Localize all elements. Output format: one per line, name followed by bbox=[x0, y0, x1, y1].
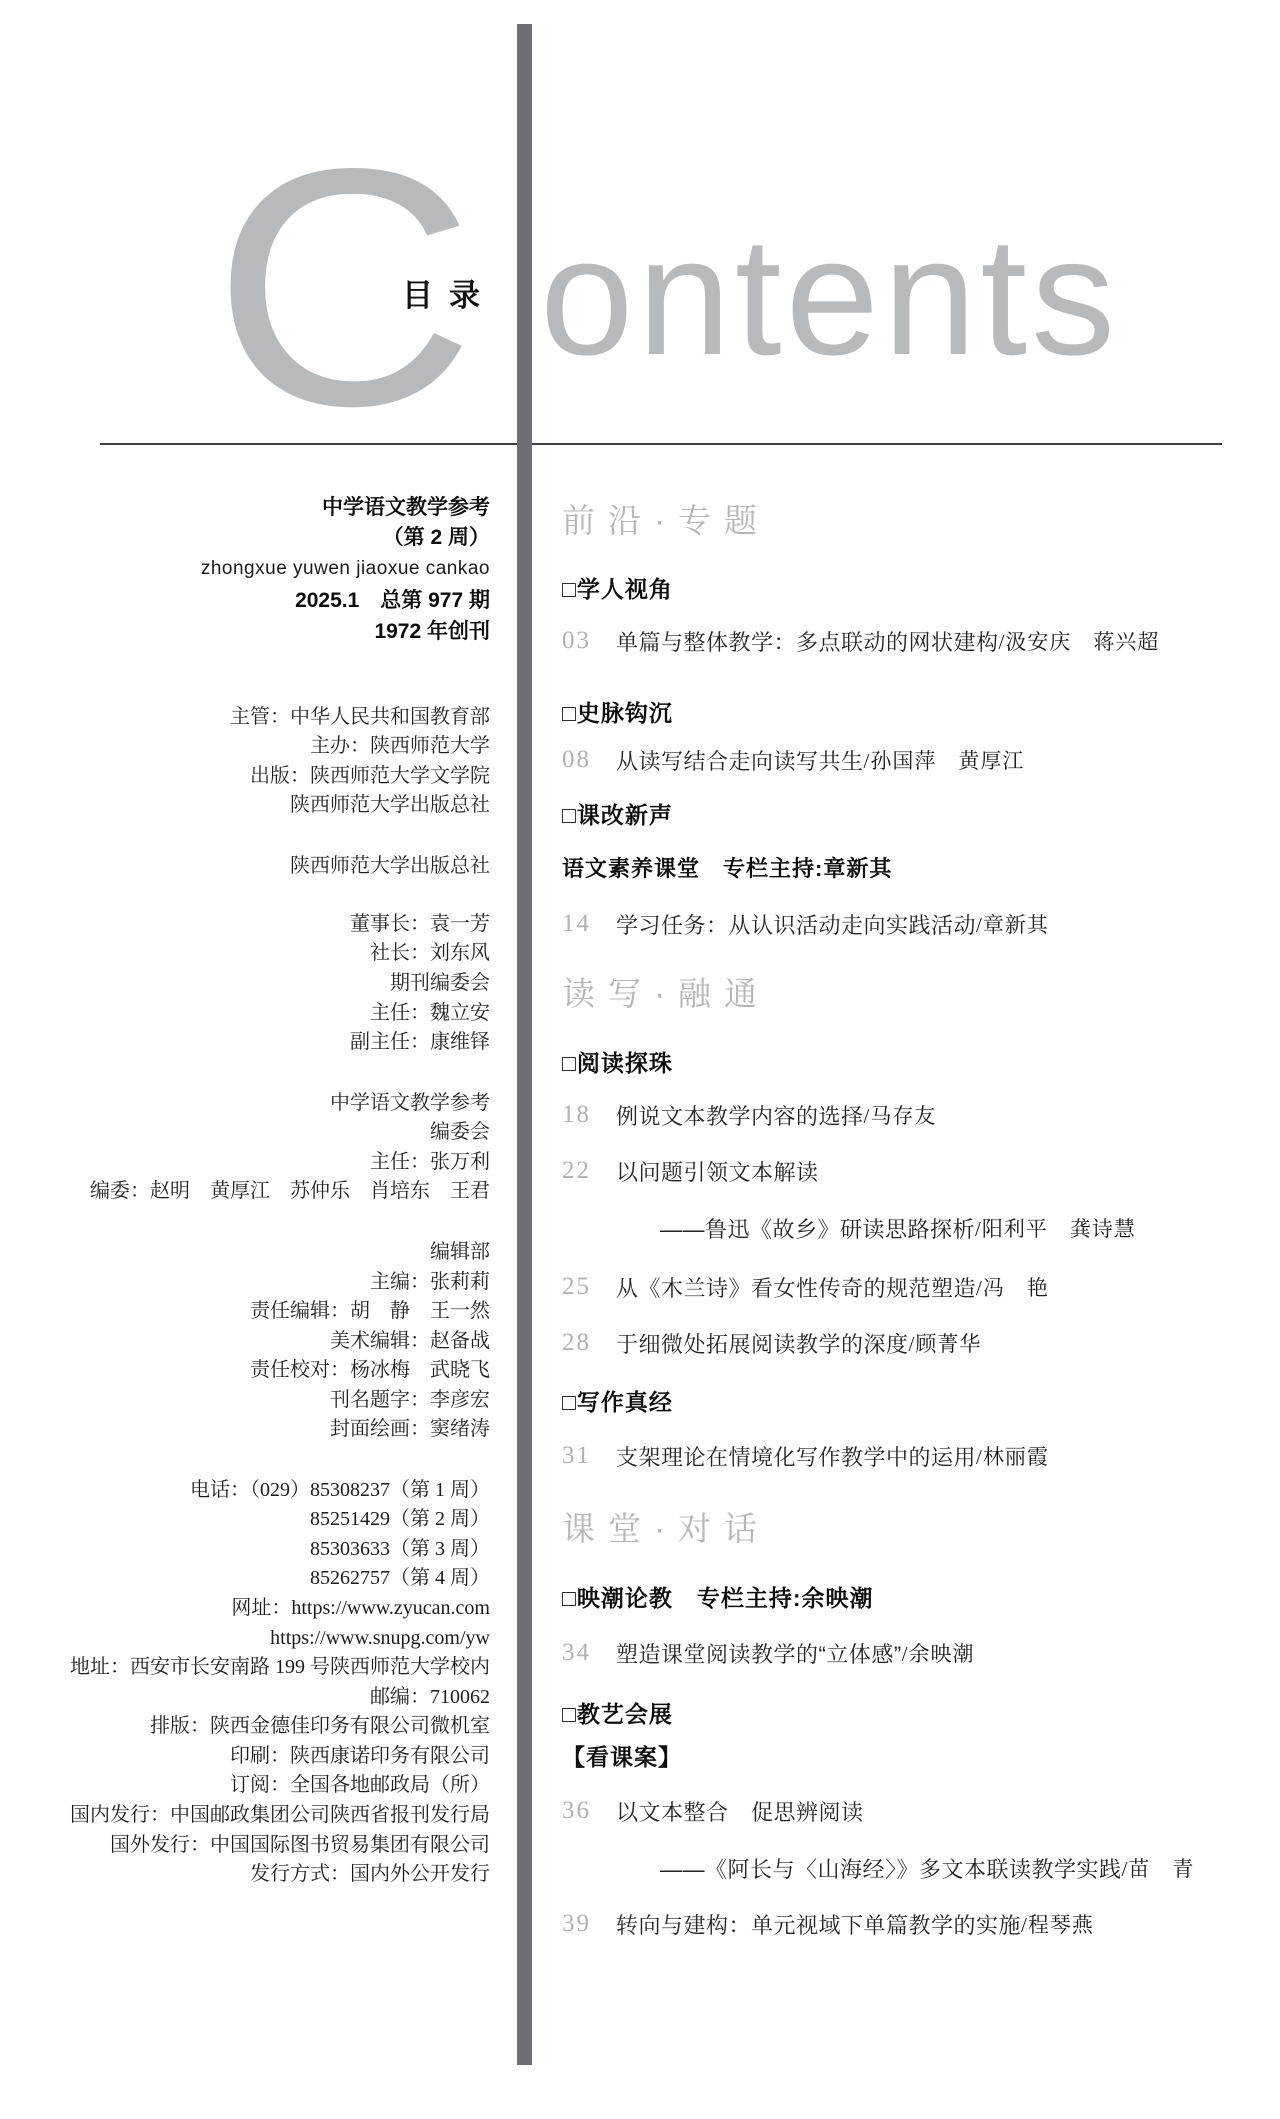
toc-section-header: 读写·融通 bbox=[562, 961, 1262, 1021]
toc-entry-title: 转向与建构：单元视域下单篇教学的实施 bbox=[616, 1909, 1021, 1940]
toc-entry: 25从《木兰诗》看女性传奇的规范塑造/冯 艳 bbox=[562, 1257, 1262, 1317]
toc-entry-title: 例说文本教学内容的选择 bbox=[616, 1100, 864, 1131]
toc-rubric-row: □课改新声 bbox=[562, 783, 1262, 843]
toc-entry-page-number: 31 bbox=[562, 1442, 606, 1470]
toc-rubric-row: □映潮论教 专栏主持:余映潮 bbox=[562, 1566, 1262, 1626]
publication-info-row: 邮编：710062 bbox=[55, 1682, 490, 1712]
toc-entry-title: 以文本整合 促思辨阅读 bbox=[616, 1796, 864, 1827]
toc-entry: ——鲁迅《故乡》研读思路探析/阳利平 龚诗慧 bbox=[562, 1198, 1262, 1258]
publication-info-row: （第 2 周） bbox=[55, 523, 490, 553]
toc-entry-authors: /程琴燕 bbox=[1021, 1909, 1094, 1939]
toc-entry-authors: /汲安庆 蒋兴超 bbox=[999, 626, 1160, 656]
publication-info-row: 编辑部 bbox=[55, 1237, 490, 1267]
publication-info-row: 国外发行：中国国际图书贸易集团有限公司 bbox=[55, 1830, 490, 1860]
toc-entry-title: 支架理论在情境化写作教学中的运用 bbox=[616, 1441, 976, 1472]
toc-entry-authors: /马存友 bbox=[864, 1100, 937, 1130]
toc-entry-title: 学习任务：从认识活动走向实践活动 bbox=[616, 909, 976, 940]
toc-rubric-label: □映潮论教 专栏主持:余映潮 bbox=[562, 1580, 874, 1613]
publication-info-row: 编委：赵明 黄厚江 苏仲乐 肖培东 王君 bbox=[55, 1176, 490, 1206]
contents-wordmark: ontents bbox=[540, 212, 1119, 380]
toc-entry-page-number: 18 bbox=[562, 1101, 606, 1129]
toc-entry-title: 从读写结合走向读写共生 bbox=[616, 745, 864, 776]
publication-info-row: 中学语文教学参考 bbox=[55, 493, 490, 523]
toc-entry-page-number: 36 bbox=[562, 1797, 606, 1825]
toc-entry-page-number: 08 bbox=[562, 746, 606, 774]
toc-entry-authors: /章新其 bbox=[976, 909, 1049, 939]
publication-info-row: 美术编辑：赵备战 bbox=[55, 1326, 490, 1356]
header-horizontal-rule bbox=[100, 443, 1222, 445]
publication-info-row: 董事长：袁一芳 bbox=[55, 909, 490, 939]
toc-entry-authors: /苗 青 bbox=[1122, 1853, 1195, 1883]
publication-info-row: 陕西师范大学出版总社 bbox=[55, 851, 490, 881]
toc-entry: 31支架理论在情境化写作教学中的运用/林丽霞 bbox=[562, 1426, 1262, 1486]
publication-info-row: 主管：中华人民共和国教育部 bbox=[55, 702, 490, 732]
publication-info-row: 期刊编委会 bbox=[55, 968, 490, 998]
toc-entry-authors: /顾菁华 bbox=[909, 1328, 982, 1358]
toc-entry: 39转向与建构：单元视域下单篇教学的实施/程琴燕 bbox=[562, 1894, 1262, 1954]
publication-info-row: 中学语文教学参考 bbox=[55, 1088, 490, 1118]
toc-case-row: 【看课案】 bbox=[562, 1725, 1262, 1785]
publication-info-row: 85303633（第 3 周） bbox=[55, 1534, 490, 1564]
toc-rubric-label: □课改新声 bbox=[562, 797, 673, 830]
toc-rubric-label: □学人视角 bbox=[562, 571, 673, 604]
publication-info-row: 刊名题字：李彦宏 bbox=[55, 1385, 490, 1415]
publication-info-row: 2025.1 总第 977 期 bbox=[55, 586, 490, 616]
toc-rubric-row: □阅读探珠 bbox=[562, 1031, 1262, 1091]
publication-info-row: 编委会 bbox=[55, 1117, 490, 1147]
toc-entry-authors: /余映潮 bbox=[902, 1638, 975, 1668]
publication-info-row: 责任校对：杨冰梅 武晓飞 bbox=[55, 1355, 490, 1385]
publication-info-row: 85262757（第 4 周） bbox=[55, 1563, 490, 1593]
toc-entry-authors: /冯 艳 bbox=[976, 1272, 1049, 1302]
publication-info-row: https://www.snupg.com/yw bbox=[55, 1623, 490, 1653]
vertical-divider-bar bbox=[517, 24, 532, 2065]
publication-info-row: 国内发行：中国邮政集团公司陕西省报刊发行局 bbox=[55, 1800, 490, 1830]
toc-entry-page-number: 34 bbox=[562, 1639, 606, 1667]
toc-rubric-label: □写作真经 bbox=[562, 1384, 673, 1417]
publication-info-row: 网址：https://www.zyucan.com bbox=[55, 1593, 490, 1623]
toc-entry-page-number: 22 bbox=[562, 1157, 606, 1185]
toc-entry-page-number: 28 bbox=[562, 1329, 606, 1357]
toc-rubric-row: □写作真经 bbox=[562, 1370, 1262, 1430]
toc-rubric-label: □史脉钩沉 bbox=[562, 695, 673, 728]
toc-entry-page-number: 14 bbox=[562, 910, 606, 938]
toc-section-label: 前沿·专题 bbox=[562, 495, 770, 542]
toc-entry-title: 从《木兰诗》看女性传奇的规范塑造 bbox=[616, 1272, 976, 1303]
publication-info-row: 订阅：全国各地邮政局（所） bbox=[55, 1770, 490, 1800]
toc-entry: 22以问题引领文本解读 bbox=[562, 1141, 1262, 1201]
toc-entry-title: ——鲁迅《故乡》研读思路探析 bbox=[660, 1213, 975, 1244]
toc-entry-title: 以问题引领文本解读 bbox=[616, 1156, 819, 1187]
toc-entry: 28于细微处拓展阅读教学的深度/顾菁华 bbox=[562, 1313, 1262, 1373]
toc-rubric-row: □学人视角 bbox=[562, 557, 1262, 617]
publication-info-row: 1972 年创刊 bbox=[55, 617, 490, 647]
publication-info-row: 电话：（029）85308237（第 1 周） bbox=[55, 1475, 490, 1505]
toc-entry-title: 单篇与整体教学：多点联动的网状建构 bbox=[616, 626, 999, 657]
publication-info-row: 主办：陕西师范大学 bbox=[55, 731, 490, 761]
publication-info-row: 副主任：康维铎 bbox=[55, 1027, 490, 1057]
toc-entry: 08从读写结合走向读写共生/孙国萍 黄厚江 bbox=[562, 730, 1262, 790]
publication-info-row: 地址：西安市长安南路 199 号陕西师范大学校内 bbox=[55, 1652, 490, 1682]
publication-info-row: zhongxue yuwen jiaoxue cankao bbox=[55, 554, 490, 584]
toc-entry-title: 于细微处拓展阅读教学的深度 bbox=[616, 1328, 909, 1359]
toc-host-row: 语文素养课堂 专栏主持:章新其 bbox=[562, 837, 1262, 897]
toc-entry: 14学习任务：从认识活动走向实践活动/章新其 bbox=[562, 894, 1262, 954]
toc-entry: 36以文本整合 促思辨阅读 bbox=[562, 1781, 1262, 1841]
toc-rubric-label: □教艺会展 bbox=[562, 1696, 673, 1729]
toc-host-label: 语文素养课堂 专栏主持:章新其 bbox=[562, 852, 892, 883]
publication-info-row: 印刷：陕西康诺印务有限公司 bbox=[55, 1741, 490, 1771]
toc-entry: ——《阿长与〈山海经〉》多文本联读教学实践/苗 青 bbox=[562, 1838, 1262, 1898]
toc-entry-title: ——《阿长与〈山海经〉》多文本联读教学实践 bbox=[660, 1853, 1122, 1884]
toc-rubric-label: □阅读探珠 bbox=[562, 1045, 673, 1078]
publication-info-row: 陕西师范大学出版总社 bbox=[55, 790, 490, 820]
toc-entry-page-number: 39 bbox=[562, 1910, 606, 1938]
toc-entry-authors: /林丽霞 bbox=[976, 1441, 1049, 1471]
toc-section-header: 课堂·对话 bbox=[562, 1496, 1262, 1556]
toc-entry: 03单篇与整体教学：多点联动的网状建构/汲安庆 蒋兴超 bbox=[562, 611, 1262, 671]
publication-info-row: 排版：陕西金德佳印务有限公司微机室 bbox=[55, 1711, 490, 1741]
toc-entry: 18例说文本教学内容的选择/马存友 bbox=[562, 1085, 1262, 1145]
toc-entry-authors: /孙国萍 黄厚江 bbox=[864, 745, 1025, 775]
toc-section-label: 课堂·对话 bbox=[562, 1503, 770, 1550]
publication-info-row: 主任：魏立安 bbox=[55, 998, 490, 1028]
toc-section-header: 前沿·专题 bbox=[562, 488, 1262, 548]
publication-info-row: 出版：陕西师范大学文学院 bbox=[55, 761, 490, 791]
publication-info-row: 封面绘画：窦绪涛 bbox=[55, 1414, 490, 1444]
toc-case-label: 【看课案】 bbox=[562, 1739, 682, 1772]
publication-info-row: 发行方式：国内外公开发行 bbox=[55, 1859, 490, 1889]
page-title-mulu: 目录 bbox=[402, 270, 496, 315]
publication-info-row: 主编：张莉莉 bbox=[55, 1267, 490, 1297]
toc-entry-page-number: 25 bbox=[562, 1273, 606, 1301]
publication-info-row: 主任：张万利 bbox=[55, 1147, 490, 1177]
publication-info-row: 85251429（第 2 周） bbox=[55, 1504, 490, 1534]
toc-section-label: 读写·融通 bbox=[562, 968, 770, 1015]
toc-entry-page-number: 03 bbox=[562, 627, 606, 655]
publication-info-row: 社长：刘东风 bbox=[55, 938, 490, 968]
toc-entry-authors: /阳利平 龚诗慧 bbox=[975, 1213, 1136, 1243]
toc-entry: 34塑造课堂阅读教学的“立体感”/余映潮 bbox=[562, 1623, 1262, 1683]
publication-info-row: 责任编辑：胡 静 王一然 bbox=[55, 1296, 490, 1326]
toc-entry-title: 塑造课堂阅读教学的“立体感” bbox=[616, 1638, 902, 1669]
